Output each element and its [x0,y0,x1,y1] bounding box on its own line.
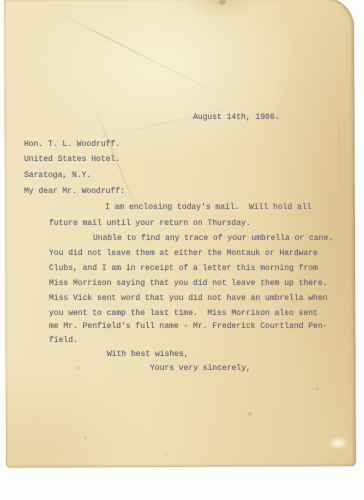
paper-stain [219,0,226,5]
salutation: My dear Mr. Woodruff: [24,187,125,197]
body-line: Clubs, and I am in receipt of a letter t… [49,264,318,274]
body-line: field. [49,336,78,346]
date-line: August 14th, 1906. [193,113,279,123]
body-line: future mail until your return on Thursda… [49,219,251,229]
signoff-line: Yours very sincerely, [150,364,251,374]
paper-stain [166,453,169,455]
recipient-name: Hon. T. L. Woodruff. [24,140,120,150]
body-line: I am enclosing today's mail. Will hold a… [105,203,311,213]
paper-crease [45,6,233,102]
paper-stain [248,412,252,416]
closing-line: With best wishes, [107,350,189,360]
body-line: me Mr. Penfield's full name - Mr. Freder… [49,322,327,332]
body-line: You did not leave them at either the Mon… [49,249,318,259]
body-line: Miss Morrison saying that you did not le… [49,279,327,289]
body-line: you went to camp the last time. Miss Mor… [49,309,318,319]
paper-stain [76,366,81,369]
recipient-address-1: United States Hotel. [24,155,120,165]
recipient-address-2: Saratoga, N.Y. [24,171,91,181]
paper-stain [316,387,319,390]
body-line: Miss Vick sent word that you did not hav… [49,294,327,304]
paper-crease [335,73,344,263]
body-line: Unable to find any trace of your umbrell… [93,234,333,244]
scanned-letter-photo: August 14th, 1906. Hon. T. L. Woodruff. … [0,0,364,500]
paper-stain [84,436,87,439]
